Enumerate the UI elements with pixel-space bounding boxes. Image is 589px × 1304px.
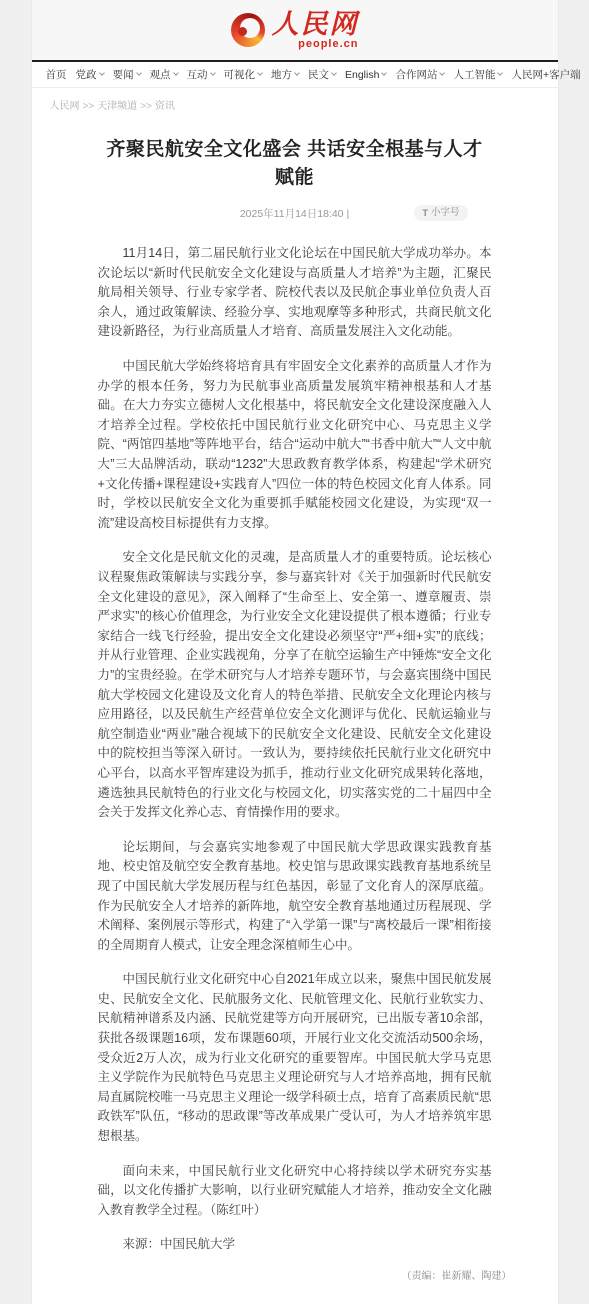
article-paragraph: 面向未来，中国民航行业文化研究中心将持续以学术研究夯实基础，以文化传播扩大影响，… (98, 1162, 492, 1221)
nav-item-difang[interactable]: 地方 (271, 67, 299, 82)
breadcrumb-separator: >> (140, 101, 152, 112)
caret-down-icon (498, 70, 504, 76)
article-paragraph: 安全文化是民航文化的灵魂，是高质量人才的重要特质。论坛核心议程聚焦政策解读与实践… (98, 548, 492, 822)
article-source: 来源：中国民航大学 (98, 1235, 492, 1255)
nav-item-label: 人工智能 (453, 67, 495, 82)
nav-item-label: English (345, 69, 379, 81)
article-title: 齐聚民航安全文化盛会 共话安全根基与人才赋能 (98, 136, 492, 191)
nav-item-client-app[interactable]: 人民网+客户端 (511, 67, 580, 82)
nav-item-label: 要闻 (113, 67, 134, 82)
caret-down-icon (210, 70, 216, 76)
breadcrumb-separator: >> (83, 101, 95, 112)
article-paragraph: 中国民航大学始终将培育具有牢固安全文化素养的高质量人才作为办学的根本任务，努力为… (98, 357, 492, 533)
page-container: 人民网 people.cn 首页 党政 要闻 观点 互动 可视化 地方 民文 E… (31, 0, 559, 1304)
article-body: 11月14日，第二届民航行业文化论坛在中国民航大学成功举办。本次论坛以“新时代民… (98, 244, 492, 1220)
caret-down-icon (440, 70, 446, 76)
people-cn-logo-mark-icon (231, 13, 265, 47)
caret-down-icon (136, 70, 142, 76)
font-size-icon: T (422, 206, 428, 220)
breadcrumb-link-channel[interactable]: 天津频道 (97, 101, 137, 112)
caret-down-icon (99, 70, 105, 76)
nav-item-label: 观点 (150, 67, 171, 82)
article: 齐聚民航安全文化盛会 共话安全根基与人才赋能 2025年11月14日18:40 … (32, 116, 558, 1304)
nav-item-label: 互动 (187, 67, 208, 82)
caret-down-icon (331, 70, 337, 76)
article-paragraph: 论坛期间，与会嘉宾实地参观了中国民航大学思政课实践教育基地、校史馆及航空安全教育… (98, 838, 492, 956)
nav-item-partner-sites[interactable]: 合作网站 (395, 67, 444, 82)
nav-item-label: 党政 (76, 67, 97, 82)
nav-item-home[interactable]: 首页 (46, 67, 67, 82)
nav-left-group: 首页 党政 要闻 观点 互动 可视化 地方 民文 English 合作网站 人工… (46, 67, 589, 82)
nav-item-keshihua[interactable]: 可视化 (224, 67, 263, 82)
article-date: 2025年11月14日18:40 | (240, 208, 349, 220)
font-size-label: 小字号 (431, 206, 460, 220)
caret-down-icon (382, 70, 388, 76)
font-size-control[interactable]: T 小字号 (414, 205, 467, 221)
logo-domain-name: people.cn (298, 39, 358, 50)
nav-item-yaowen[interactable]: 要闻 (113, 67, 141, 82)
nav-item-dangzheng[interactable]: 党政 (76, 67, 104, 82)
nav-item-ai[interactable]: 人工智能 (453, 67, 502, 82)
logo-text: 人民网 people.cn (272, 11, 359, 50)
caret-down-icon (294, 70, 300, 76)
nav-item-label: 可视化 (224, 67, 256, 82)
article-paragraph: 11月14日，第二届民航行业文化论坛在中国民航大学成功举办。本次论坛以“新时代民… (98, 244, 492, 342)
breadcrumb-link-root[interactable]: 人民网 (50, 101, 80, 112)
breadcrumb: 人民网>>天津频道>>资讯 (32, 88, 558, 116)
breadcrumb-link-section[interactable]: 资讯 (155, 101, 175, 112)
caret-down-icon (257, 70, 263, 76)
logo-chinese-name: 人民网 (272, 11, 359, 38)
nav-item-english[interactable]: English (345, 69, 386, 81)
caret-down-icon (173, 70, 179, 76)
nav-item-label: 地方 (271, 67, 292, 82)
people-cn-logo[interactable]: 人民网 people.cn (231, 11, 359, 50)
nav-item-label: 合作网站 (395, 67, 437, 82)
main-nav: 首页 党政 要闻 观点 互动 可视化 地方 民文 English 合作网站 人工… (32, 60, 558, 88)
article-meta: 2025年11月14日18:40 | T 小字号 (98, 205, 492, 223)
nav-item-guandian[interactable]: 观点 (150, 67, 178, 82)
article-editors: （责编：崔新耀、陶建） (98, 1267, 512, 1282)
nav-item-label: 民文 (308, 67, 329, 82)
nav-item-minwen[interactable]: 民文 (308, 67, 336, 82)
nav-item-hudong[interactable]: 互动 (187, 67, 215, 82)
article-paragraph: 中国民航行业文化研究中心自2021年成立以来，聚焦中国民航发展史、民航安全文化、… (98, 970, 492, 1146)
site-header: 人民网 people.cn (32, 0, 558, 60)
